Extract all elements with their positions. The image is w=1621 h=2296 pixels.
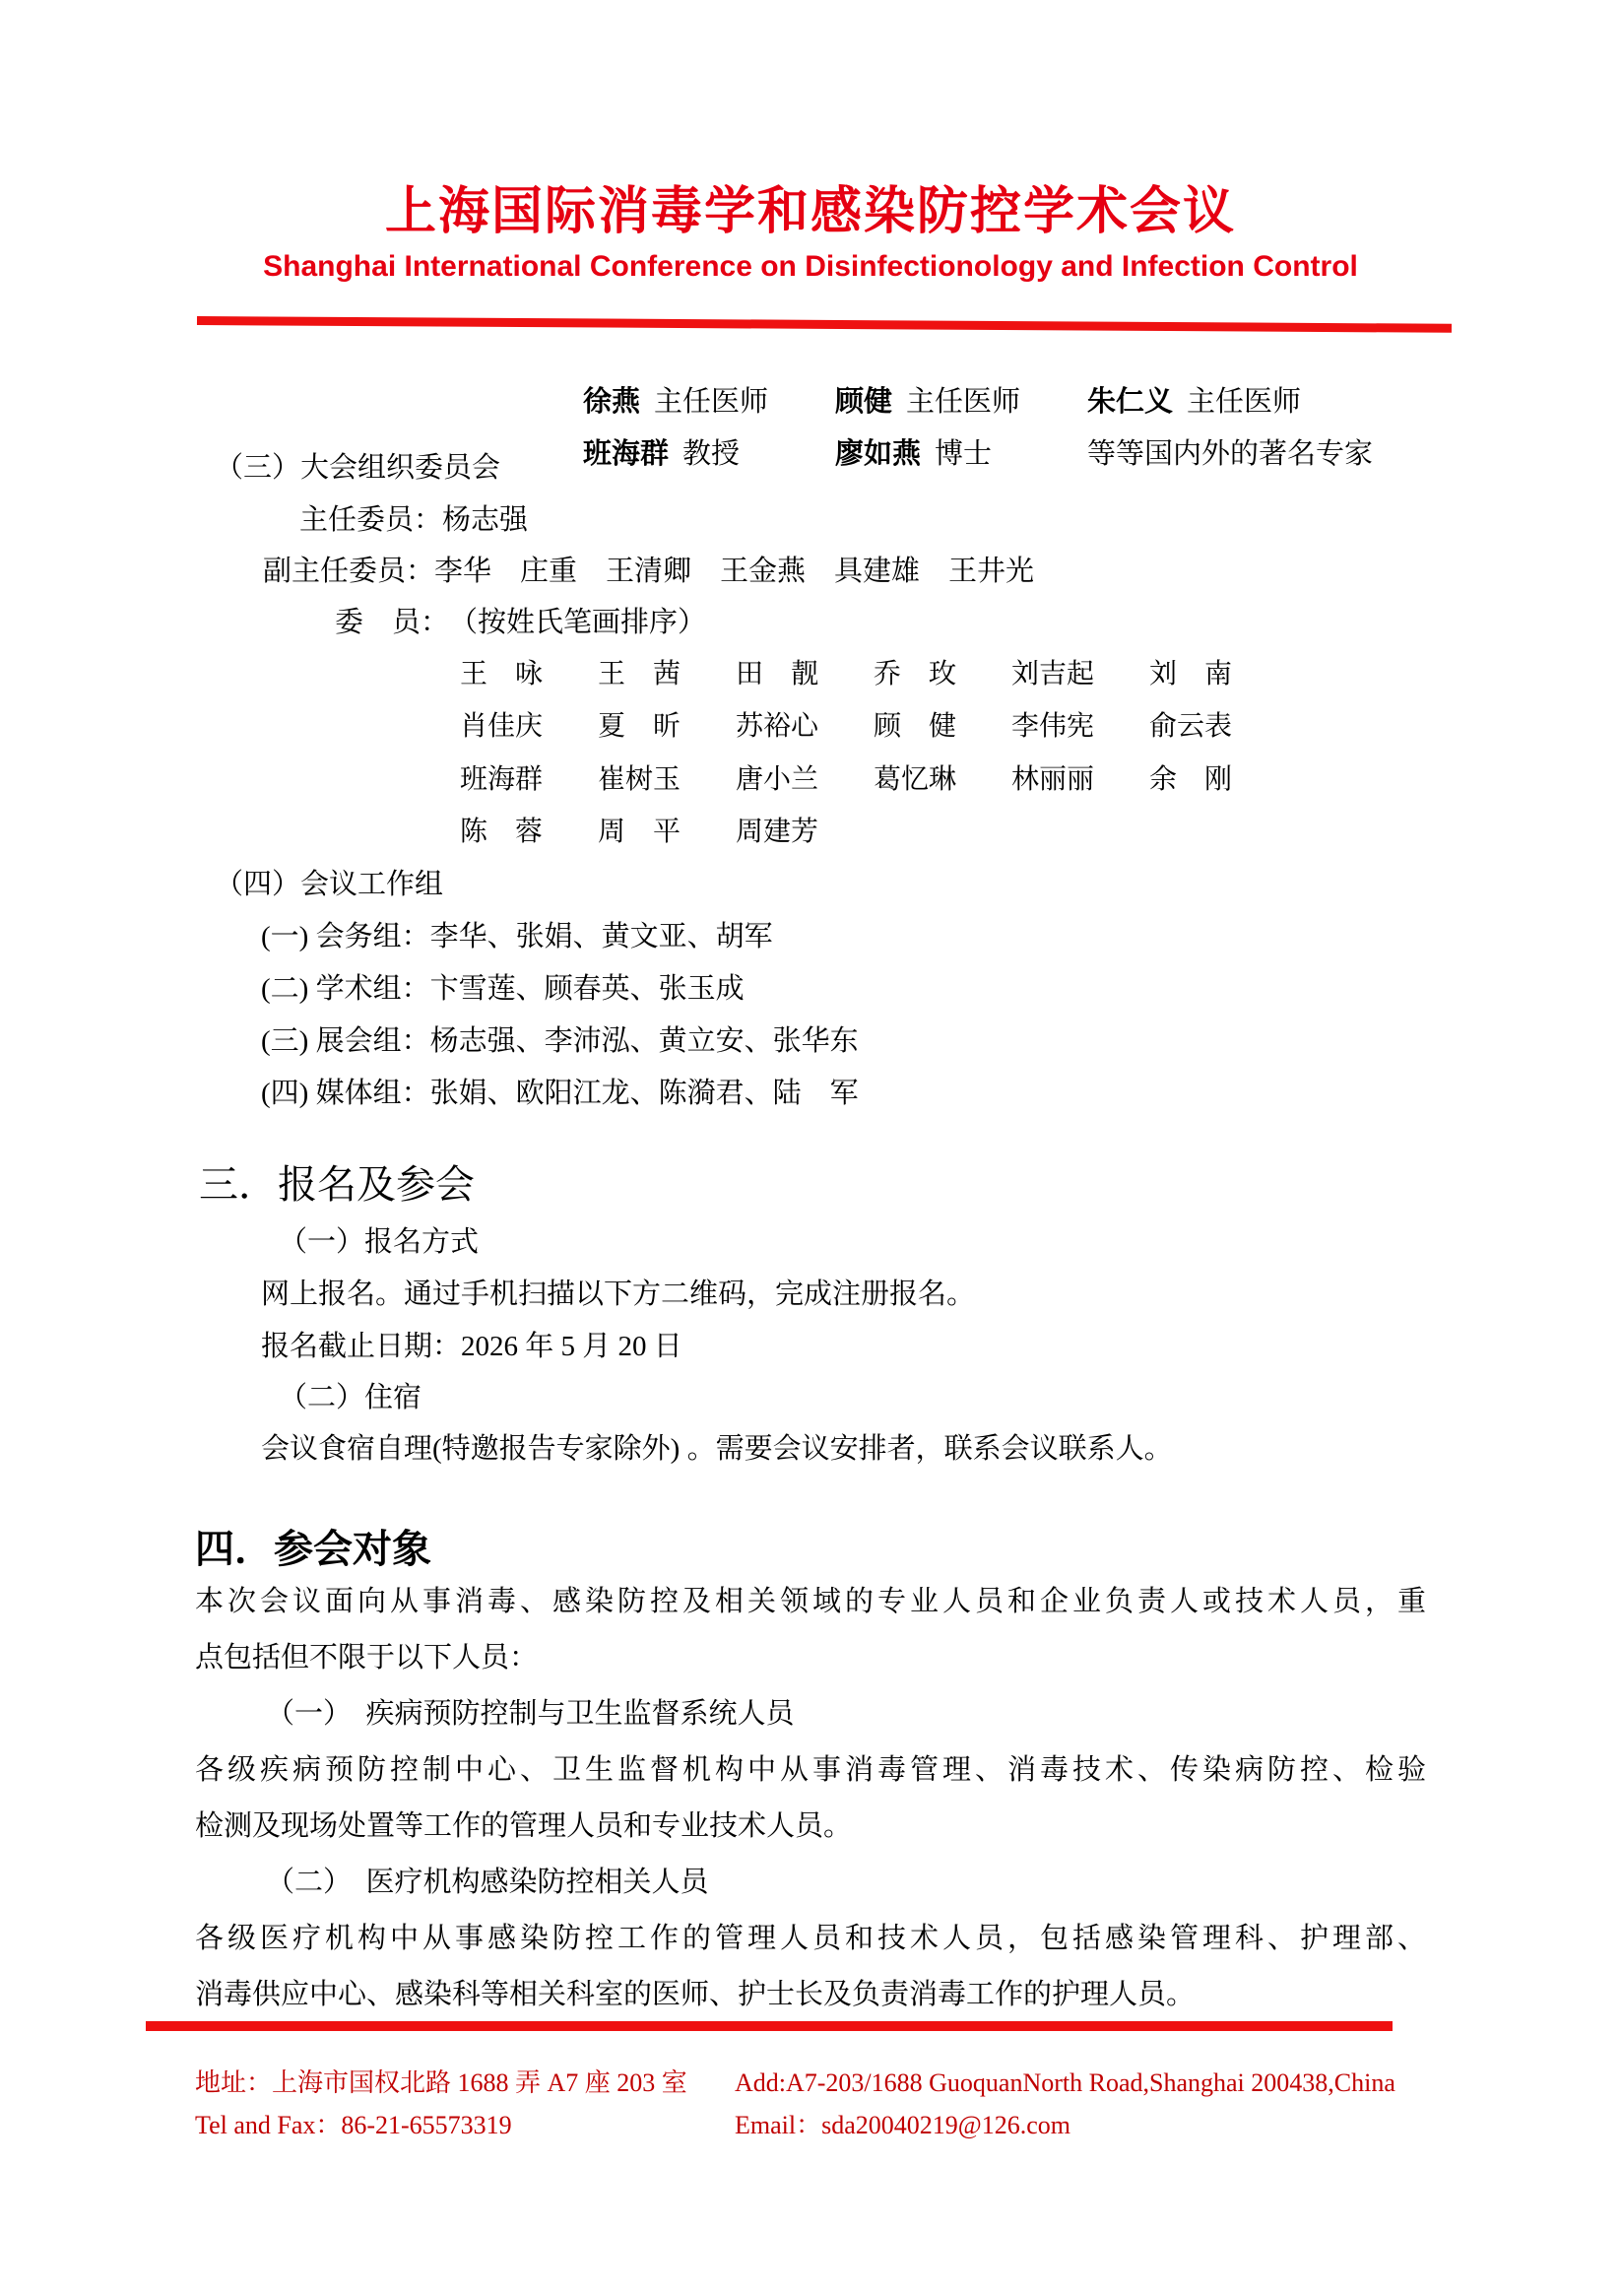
org-members-row: 班海群 崔树玉 唐小兰 葛忆琳 林丽丽 余 刚 xyxy=(460,764,1232,796)
org-committee-heading: （三）大会组织委员会 xyxy=(215,452,500,485)
workgroup-item: (二) 学术组：卞雪莲、顾春英、张玉成 xyxy=(261,973,745,1006)
audience-medical-line: 各级医疗机构中从事感染防控工作的管理人员和技术人员，包括感染管理科、护理部、 xyxy=(195,1923,1430,1955)
footer-address-en: Add:A7-203/1688 GuoquanNorth Road,Shangh… xyxy=(735,2068,1395,2098)
footer-telfax: Tel and Fax：86-21-65573319 xyxy=(195,2111,512,2140)
audience-cdc-line: 检测及现场处置等工作的管理人员和专业技术人员。 xyxy=(195,1810,852,1843)
audience-medical-line: 消毒供应中心、感染科等相关科室的医师、护士长及负责消毒工作的护理人员。 xyxy=(195,1979,1195,2011)
org-members-row: 王 咏 王 茜 田 靓 乔 玫 刘吉起 刘 南 xyxy=(460,659,1232,690)
expert-entry: 班海群教授 xyxy=(583,431,835,472)
section-signup-heading: 三．报名及参会 xyxy=(199,1162,475,1208)
audience-intro-line: 本次会议面向从事消毒、感染防控及相关领域的专业人员和企业负责人或技术人员，重 xyxy=(195,1586,1430,1618)
expert-title: 教授 xyxy=(682,438,740,470)
page-title: 上海国际消毒学和感染防控学术会议 xyxy=(0,183,1621,242)
org-members-row: 肖佳庆 夏 昕 苏裕心 顾 健 李伟宪 俞云表 xyxy=(460,711,1232,743)
signup-deadline-text: 报名截止日期：2026 年 5 月 20 日 xyxy=(261,1331,682,1363)
workgroup-item: (一) 会务组：李华、张娟、黄文亚、胡军 xyxy=(261,921,773,953)
experts-row-2: 班海群教授廖如燕博士等等国内外的著名专家 xyxy=(554,399,1373,504)
org-vice-chair-line: 副主任委员：李华 庄重 王清卿 王金燕 具建雄 王井光 xyxy=(263,556,1034,588)
audience-sub-medical: （二） 医疗机构感染防控相关人员 xyxy=(266,1867,709,1899)
workgroups-heading: （四）会议工作组 xyxy=(215,869,443,901)
audience-intro-line: 点包括但不限于以下人员： xyxy=(195,1642,538,1674)
workgroup-item: (四) 媒体组：张娟、欧阳江龙、陈漪君、陆 军 xyxy=(261,1078,859,1110)
signup-sub-lodging: （二）住宿 xyxy=(279,1382,421,1414)
signup-sub-method: （一）报名方式 xyxy=(279,1226,479,1259)
audience-cdc-line: 各级疾病预防控制中心、卫生监督机构中从事消毒管理、消毒技术、传染病防控、检验 xyxy=(195,1754,1430,1787)
org-members-label: 委 员： （按姓氏笔画排序） xyxy=(335,607,706,639)
document-page: 上海国际消毒学和感染防控学术会议 Shanghai International … xyxy=(0,0,1621,2296)
footer-email: Email：sda20040219@126.com xyxy=(735,2111,1070,2140)
header-divider-line xyxy=(197,316,1452,333)
signup-lodging-text: 会议食宿自理(特邀报告专家除外) 。需要会议安排者，联系会议联系人。 xyxy=(261,1433,1173,1466)
expert-entry: 廖如燕博士 xyxy=(835,431,1087,472)
page-subtitle: Shanghai International Conference on Dis… xyxy=(0,250,1621,285)
org-members-row: 陈 蓉 周 平 周建芳 xyxy=(460,817,818,848)
expert-title: 博士 xyxy=(935,438,992,470)
expert-name: 班海群 xyxy=(583,438,669,470)
section-audience-heading: 四．参会对象 xyxy=(195,1527,431,1572)
audience-sub-cdc: （一） 疾病预防控制与卫生监督系统人员 xyxy=(266,1698,795,1731)
footer-divider-line xyxy=(146,2021,1393,2031)
workgroup-item: (三) 展会组：杨志强、李沛泓、黄立安、张华东 xyxy=(261,1025,859,1058)
experts-note: 等等国内外的著名专家 xyxy=(1087,431,1373,472)
expert-name: 廖如燕 xyxy=(835,438,921,470)
signup-online-text: 网上报名。通过手机扫描以下方二维码，完成注册报名。 xyxy=(261,1279,975,1311)
footer-address-cn: 地址：上海市国权北路 1688 弄 A7 座 203 室 xyxy=(195,2068,687,2098)
org-chair-line: 主任委员：杨志强 xyxy=(299,504,528,537)
